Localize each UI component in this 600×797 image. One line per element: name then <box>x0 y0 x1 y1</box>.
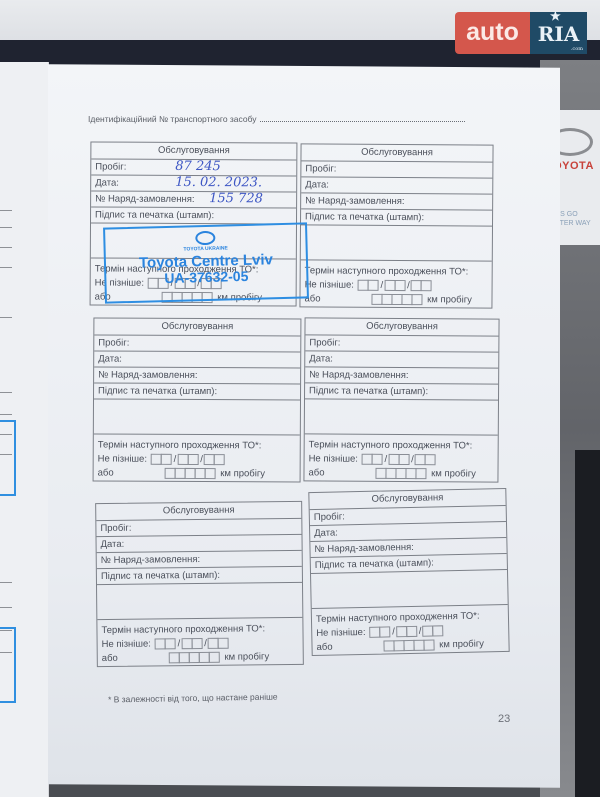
next-service-section: Термін наступного проходження ТО*: Не пі… <box>312 605 509 655</box>
signature-area[interactable] <box>94 399 300 435</box>
order-number-field[interactable]: № Наряд-замовлення: <box>301 193 492 210</box>
signature-label: Підпис та печатка (штамп): <box>94 383 300 400</box>
date-field[interactable]: Дата: <box>94 351 300 368</box>
service-record-card: Обслуговування Пробіг: Дата: № Наряд-зам… <box>299 143 493 308</box>
order-number-field[interactable]: № Наряд-замовлення:155 728 <box>91 191 296 208</box>
mileage-field[interactable]: Пробіг: <box>305 335 498 352</box>
not-later-date-boxes[interactable]: Не пізніше: // <box>98 452 296 467</box>
vin-field: Ідентифікаційний № транспортного засобу <box>88 114 465 124</box>
toyota-logo-icon <box>195 231 215 246</box>
card-title: Обслуговування <box>94 318 300 336</box>
mileage-boxes[interactable]: або км пробігу <box>98 466 296 481</box>
mileage-boxes[interactable]: або км пробігу <box>316 637 504 655</box>
signature-label: Підпис та печатка (штамп): <box>305 383 498 400</box>
mileage-boxes[interactable]: або км пробігу <box>308 466 493 481</box>
date-field[interactable]: Дата: <box>305 351 498 368</box>
date-field[interactable]: Дата: <box>301 177 492 194</box>
next-service-section: Термін наступного проходження ТО*: Не пі… <box>304 434 497 481</box>
mileage-field[interactable]: Пробіг:87 245 <box>91 159 296 176</box>
signature-area[interactable] <box>97 583 302 620</box>
stamp-fragment <box>0 627 16 703</box>
service-record-card: Обслуговування Пробіг: Дата: № Наряд-зам… <box>95 501 304 667</box>
star-icon: ★ <box>550 10 561 22</box>
not-later-date-boxes[interactable]: Не пізніше: // <box>305 278 488 293</box>
next-service-section: Термін наступного проходження ТО*: Не пі… <box>97 618 302 666</box>
autoria-logo: auto <box>455 12 530 54</box>
signature-label: Підпис та печатка (штамп): <box>97 567 302 585</box>
order-number-value: 155 728 <box>209 191 263 206</box>
signature-area[interactable] <box>305 399 498 435</box>
signature-label: Підпис та печатка (штамп): <box>91 207 296 224</box>
background-shadow <box>575 450 600 797</box>
service-record-card: Обслуговування Пробіг: Дата: № Наряд-зам… <box>93 317 302 482</box>
card-title: Обслуговування <box>305 318 498 336</box>
mileage-field[interactable]: Пробіг: <box>301 161 492 178</box>
autoria-logo-ria: ★RIA.com <box>530 12 587 54</box>
signature-area[interactable] <box>311 570 508 609</box>
stamp-fragment <box>0 420 16 496</box>
order-number-field[interactable]: № Наряд-замовлення: <box>94 367 300 384</box>
card-title: Обслуговування <box>301 144 492 162</box>
service-record-card: Обслуговування Пробіг: Дата: № Наряд-зам… <box>303 317 499 482</box>
next-service-section: Термін наступного проходження ТО*: Не пі… <box>300 260 491 307</box>
service-record-card: Обслуговування Пробіг: Дата: № Наряд-зам… <box>308 488 509 656</box>
dealer-stamp: TOYOTA UKRAINE Toyota Centre Lviv UA-376… <box>103 222 309 303</box>
page-number: 23 <box>498 713 510 725</box>
card-title: Обслуговування <box>96 502 301 521</box>
not-later-date-boxes[interactable]: Не пізніше: // <box>309 452 494 467</box>
mileage-field[interactable]: Пробіг: <box>94 335 300 352</box>
signature-area[interactable] <box>301 225 492 261</box>
date-field[interactable]: Дата:15. 02. 2023. <box>91 175 296 192</box>
mileage-value: 87 245 <box>175 159 221 174</box>
card-title: Обслуговування <box>91 142 296 160</box>
signature-label: Підпис та печатка (штамп): <box>301 209 492 226</box>
next-service-section: Термін наступного проходження ТО*: Не пі… <box>94 434 300 481</box>
order-number-field[interactable]: № Наряд-замовлення: <box>305 367 498 384</box>
date-value: 15. 02. 2023. <box>175 175 262 190</box>
mileage-boxes[interactable]: або км пробігу <box>102 650 299 666</box>
previous-page <box>0 62 49 797</box>
mileage-boxes[interactable]: або км пробігу <box>304 292 487 307</box>
